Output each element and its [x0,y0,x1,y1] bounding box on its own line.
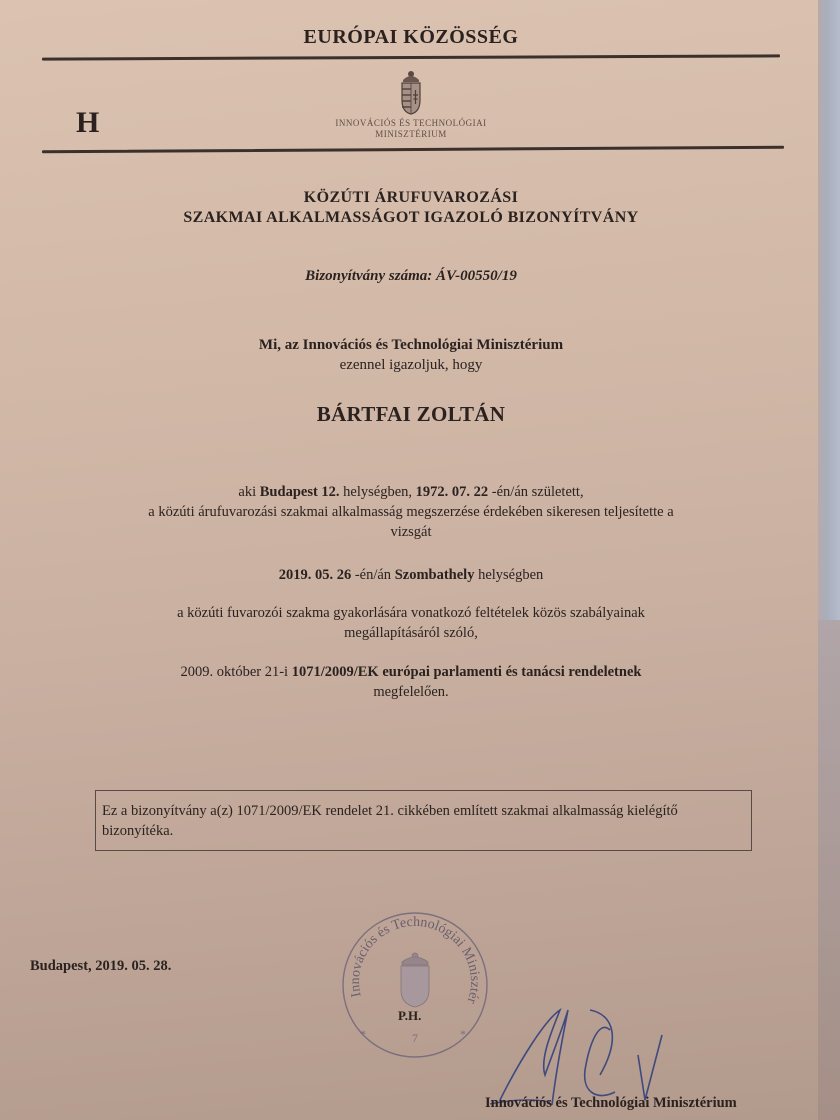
ministry-logo-line1: INNOVÁCIÓS ÉS TECHNOLÓGIAI [0,118,822,129]
exam-date: 2019. 05. 26 [279,567,352,583]
regulation-line2: megállapításáról szóló, [0,623,822,643]
issuer-name: Innovációs és Technológiai Minisztérium [303,337,563,353]
regulation-reference: 2009. október 21-i 1071/2009/EK európai … [0,662,822,702]
exam-date-place: 2019. 05. 26 -én/án Szombathely helységb… [0,565,822,585]
exam-place: Szombathely [395,567,475,583]
regulation-suffix: megfelelően. [0,682,822,702]
birth-place-suffix: helységben, [343,484,412,500]
seal-number: 7 [412,1031,418,1045]
regulation-ref: 1071/2009/EK európai parlamenti és tanác… [292,664,642,680]
holder-name: BÁRTFAI ZOLTÁN [0,402,822,427]
issuer-statement: Mi, az Innovációs és Technológiai Minisz… [0,335,822,375]
seal-label: P.H. [398,1008,421,1024]
notice-box: Ez a bizonyítvány a(z) 1071/2009/EK rend… [95,790,752,851]
birth-and-exam-paragraph: aki Budapest 12. helységben, 1972. 07. 2… [0,482,822,542]
birth-prefix: aki [238,484,256,500]
issuer-prefix: Mi, az [259,337,299,353]
ministry-logo-line2: MINISZTÉRIUM [0,129,822,140]
regulation-line1: a közúti fuvarozói szakma gyakorlására v… [0,603,822,623]
birth-date: 1972. 07. 22 [416,484,489,500]
official-seal-icon: Innovációs és Technológiai Minisztérium … [340,910,490,1060]
exam-sentence-line1: a közúti árufuvarozási szakmai alkalmass… [0,502,822,522]
svg-text:*: * [360,1027,366,1041]
regulation-date: 2009. október 21-i [181,664,289,680]
signatory: Innovációs és Technológiai Minisztérium [485,1095,737,1112]
document-title: KÖZÚTI ÁRUFUVAROZÁSI SZAKMAI ALKALMASSÁG… [0,188,822,228]
exam-sentence-line2: vizsgát [0,522,822,542]
title-line-2: SZAKMAI ALKALMASSÁGOT IGAZOLÓ BIZONYÍTVÁ… [0,208,822,228]
place-and-date: Budapest, 2019. 05. 28. [30,958,171,975]
certificate-number-value: ÁV-00550/19 [436,268,517,284]
signature-icon [490,1000,680,1110]
exam-date-suffix: -én/án [355,567,391,583]
birth-date-suffix: -én/án született, [492,484,584,500]
exam-place-suffix: helységben [478,567,543,583]
coat-of-arms-icon [398,68,424,116]
regulation-description: a közúti fuvarozói szakma gyakorlására v… [0,603,822,643]
svg-text:*: * [460,1027,466,1041]
community-title: EURÓPAI KÖZÖSSÉG [0,26,822,49]
certificate-number: Bizonyítvány száma: ÁV-00550/19 [0,268,822,285]
title-line-1: KÖZÚTI ÁRUFUVAROZÁSI [0,188,822,208]
birth-place: Budapest 12. [260,484,340,500]
certificate-number-label: Bizonyítvány száma: [305,268,432,284]
ministry-logo-text: INNOVÁCIÓS ÉS TECHNOLÓGIAI MINISZTÉRIUM [0,118,822,140]
issuer-suffix: ezennel igazoljuk, hogy [0,355,822,375]
